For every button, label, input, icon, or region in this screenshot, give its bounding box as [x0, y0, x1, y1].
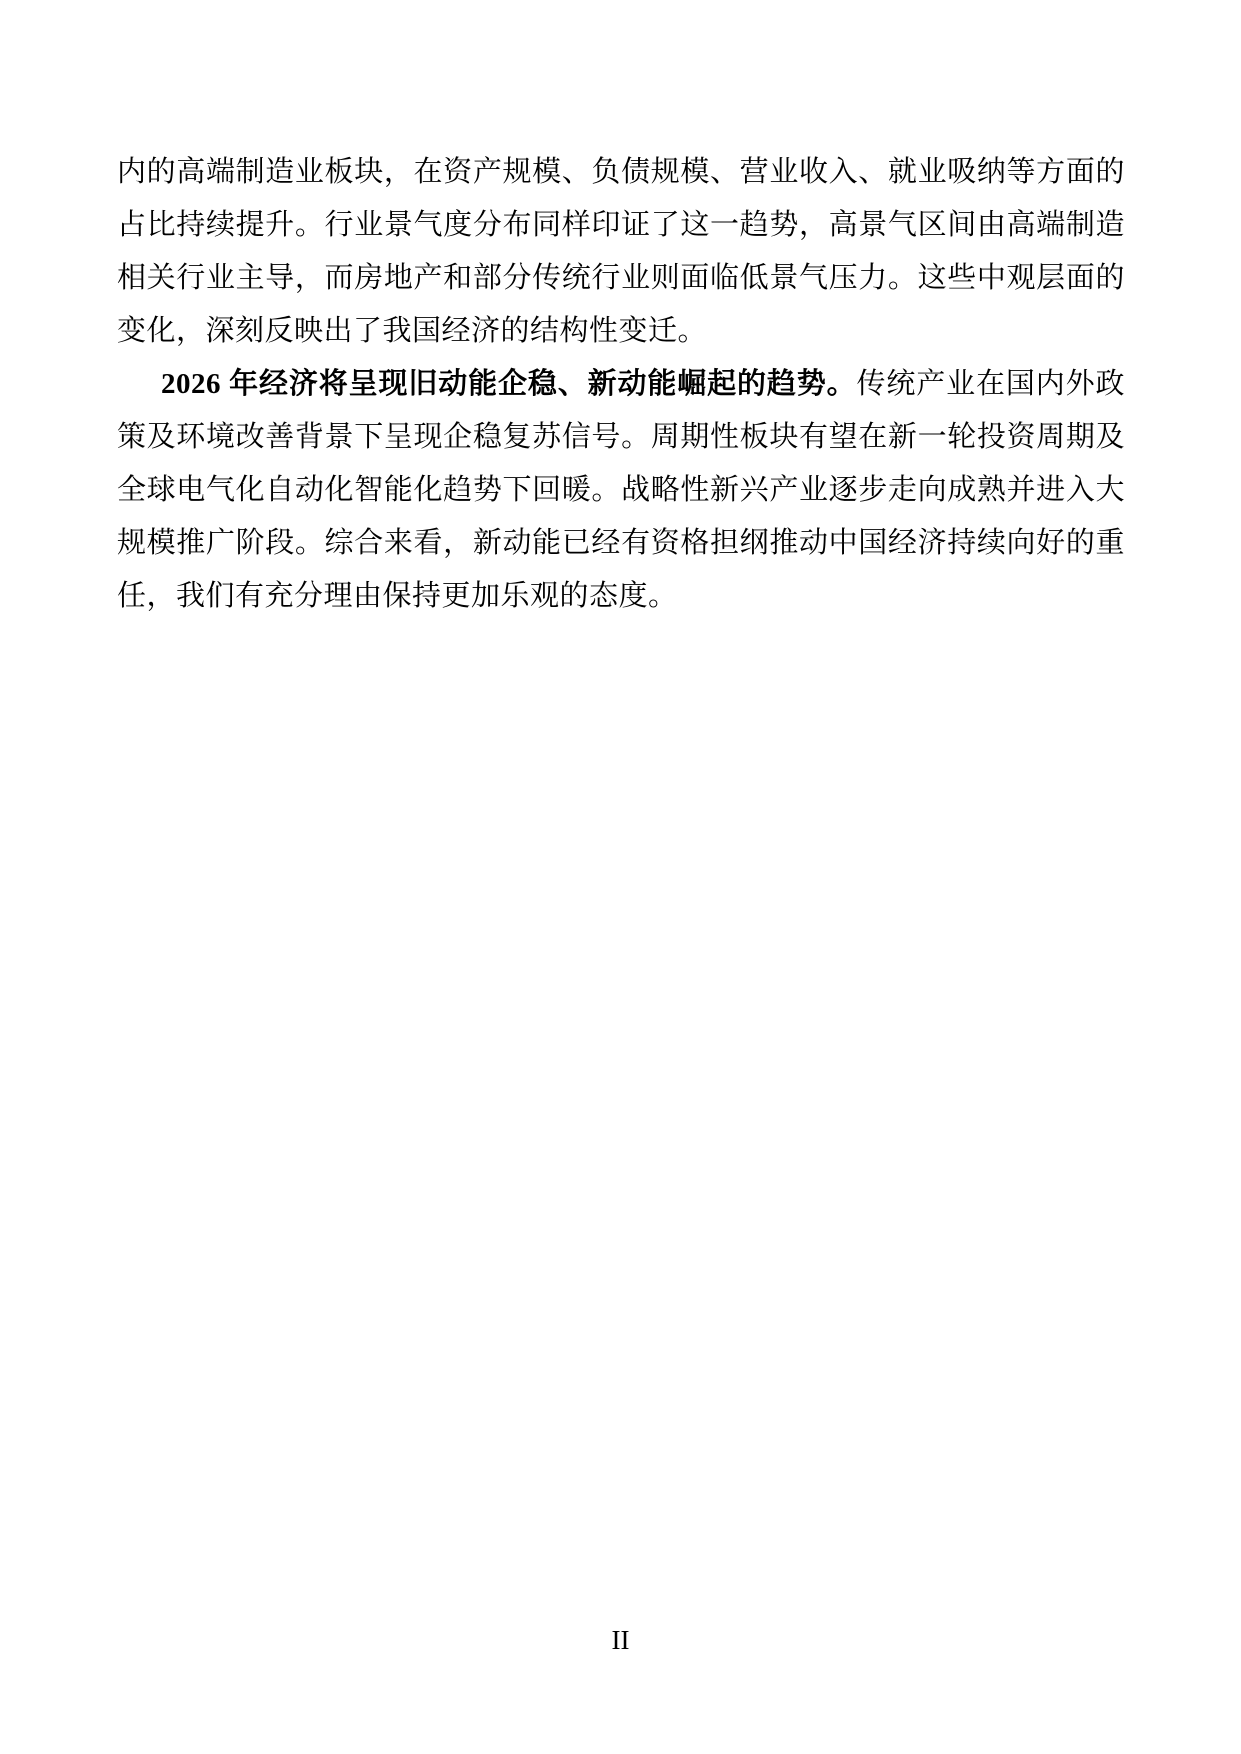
paragraph-continuation-text: 内的高端制造业板块，在资产规模、负债规模、营业收入、就业吸纳等方面的占比持续提升… [117, 156, 1125, 347]
paragraph-outlook-bold-lead: 2026 年经济将呈现旧动能企稳、新动能崛起的趋势。 [161, 368, 856, 400]
page-number: II [612, 1625, 630, 1655]
text-content: 内的高端制造业板块，在资产规模、负债规模、营业收入、就业吸纳等方面的占比持续提升… [117, 146, 1125, 623]
document-page: 内的高端制造业板块，在资产规模、负债规模、营业收入、就业吸纳等方面的占比持续提升… [0, 0, 1241, 1754]
paragraph-continuation: 内的高端制造业板块，在资产规模、负债规模、营业收入、就业吸纳等方面的占比持续提升… [117, 146, 1125, 358]
paragraph-2026-outlook: 2026 年经济将呈现旧动能企稳、新动能崛起的趋势。传统产业在国内外政策及环境改… [117, 358, 1125, 623]
paragraph-outlook-body: 传统产业在国内外政策及环境改善背景下呈现企稳复苏信号。周期性板块有望在新一轮投资… [117, 368, 1125, 612]
page-footer: II [0, 1620, 1241, 1660]
